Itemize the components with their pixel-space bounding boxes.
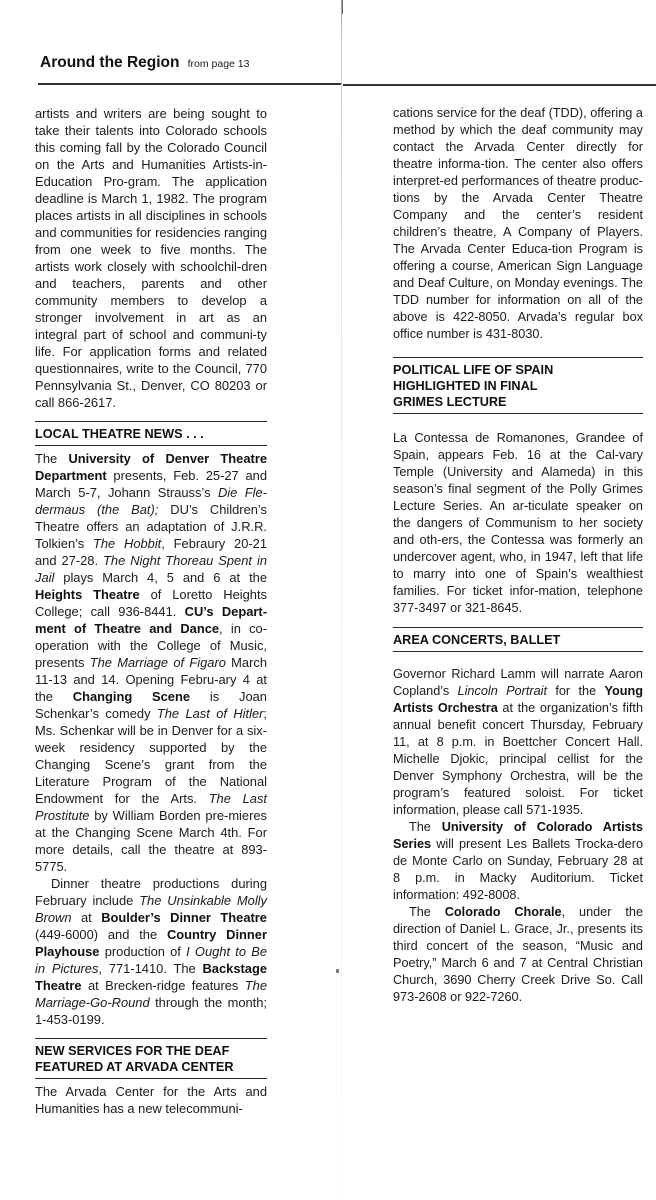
right-column: cations service for the deaf (TDD), offe… [393,105,643,1006]
section-heading-spain-lecture: POLITICAL LIFE OF SPAIN HIGHLIGHTED IN F… [393,357,643,414]
artists-in-education-paragraph: artists and writers are being sought to … [35,105,267,411]
deaf-services-paragraph-cont: cations service for the deaf (TDD), offe… [393,105,643,343]
section-heading-deaf-services: NEW SERVICES FOR THE DEAF FEATURED AT AR… [35,1038,267,1079]
concerts-paragraph-3: The Colorado Chorale, under the directio… [393,904,643,1006]
header-rule-left [38,83,341,85]
header-rule-right [343,84,656,86]
print-speck [336,969,339,973]
section-heading-local-theatre: LOCAL THEATRE NEWS . . . [35,421,267,446]
local-theatre-paragraph-2: Dinner theatre productions during Februa… [35,875,267,1028]
deaf-services-paragraph-start: The Arvada Center for the Arts and Human… [35,1083,267,1117]
page-title: Around the Region [40,54,180,71]
left-column: artists and writers are being sought to … [35,105,267,1117]
page-header: Around the Region from page 13 [40,52,249,72]
concerts-paragraph-2: The University of Colorado Artists Serie… [393,819,643,904]
local-theatre-paragraph-1: The University of Denver Theatre Departm… [35,450,267,875]
spain-lecture-paragraph: La Contessa de Romanones, Grandee of Spa… [393,430,643,617]
concerts-paragraph-1: Governor Richard Lamm will narrate Aaron… [393,666,643,819]
page-fold-line [341,0,342,1200]
continuation-note: from page 13 [188,58,250,70]
section-heading-concerts-ballet: AREA CONCERTS, BALLET [393,627,643,652]
